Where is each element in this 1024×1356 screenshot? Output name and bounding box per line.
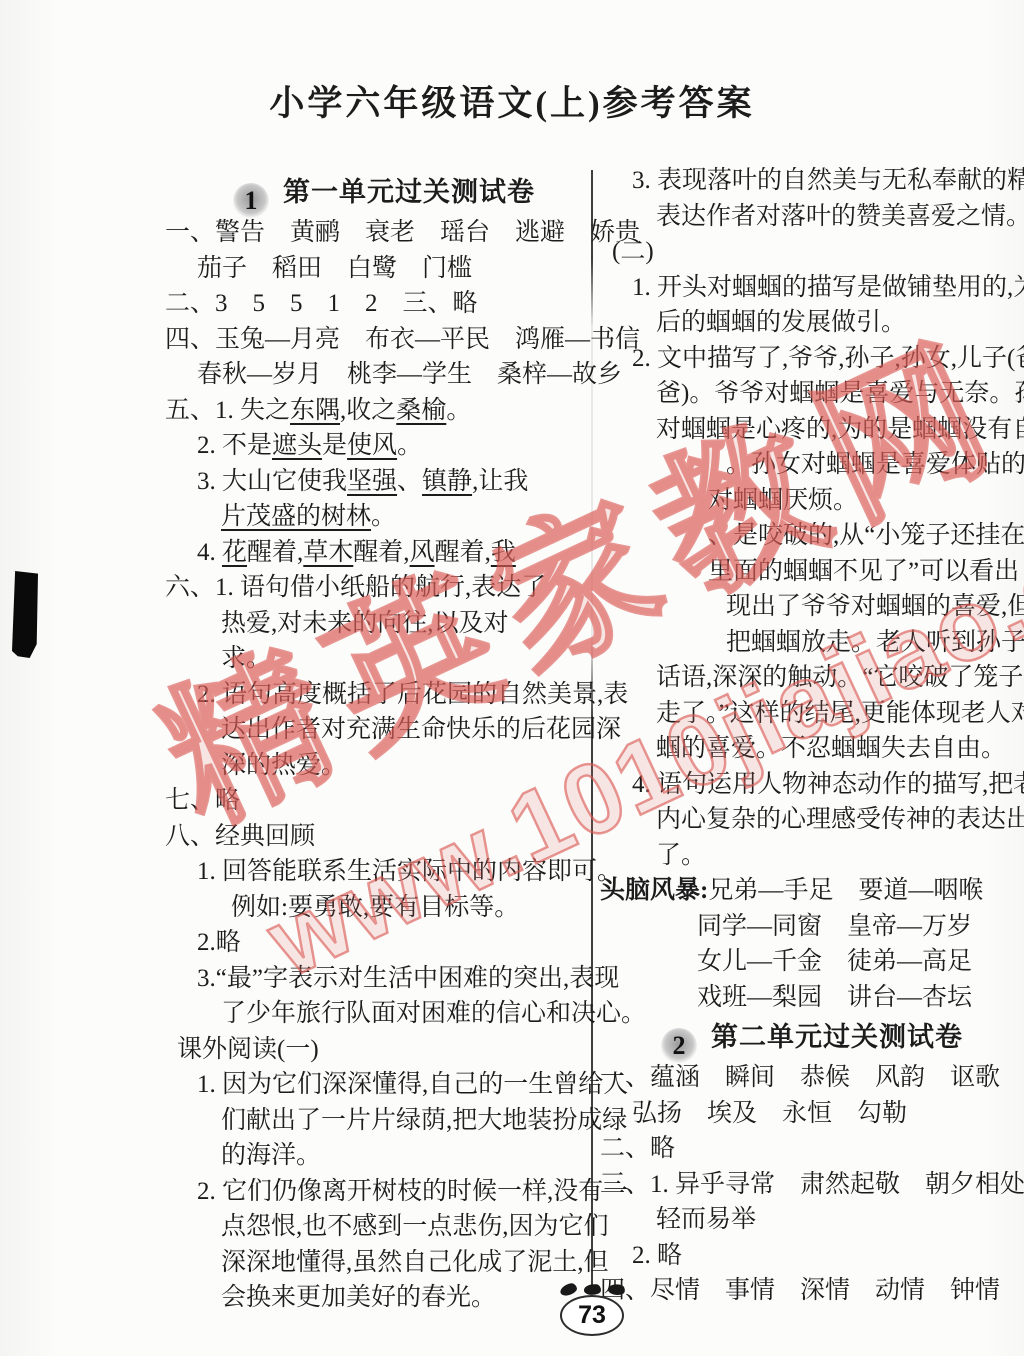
- text-segment: 戏班—梨园 讲台—杏坛: [697, 984, 972, 1011]
- answer-line: 七、略: [165, 783, 603, 819]
- underlined-phrase: 使风: [347, 432, 397, 459]
- page-title: 小学六年级语文(上)参考答案: [0, 76, 1024, 126]
- text-segment: 三、1. 异乎寻常 肃然起敬 朝夕相处: [600, 1171, 1024, 1198]
- answer-line: 深深地懂得,虽然自己化成了泥土,但: [165, 1245, 603, 1281]
- text-segment: 1. 因为它们深深懂得,自己的一生曾给人: [197, 1071, 628, 1098]
- text-segment: 一、警告 黄鹂 衰老 瑶台 逃避 娇贵: [165, 219, 640, 246]
- answer-line: 了。: [600, 838, 1024, 874]
- section-number-rosette: 2: [661, 1028, 697, 1064]
- text-segment: 了。: [656, 842, 706, 869]
- text-segment: 3. 表现落叶的自然美与无私奉献的精神,: [632, 167, 1024, 194]
- text-segment: 2. 它们仍像离开树枝的时候一样,没有一: [197, 1178, 628, 1205]
- text-segment: 现出了爷爷对蝈蝈的喜爱,但又: [726, 593, 1024, 620]
- page-number-oval: 73: [560, 1295, 624, 1336]
- underlined-phrase: 我: [491, 539, 516, 566]
- section-title: 第一单元过关测试卷: [283, 177, 535, 207]
- underlined-phrase: 桑榆: [396, 397, 446, 424]
- answer-line: 2. 文中描写了,爷爷,孙子,孙女,儿子(爸: [600, 341, 1024, 377]
- text-segment: 五、1. 失之: [165, 397, 290, 424]
- answer-line: 茄子 稻田 白鹭 门槛: [165, 251, 603, 287]
- text-segment: 爸)。爷爷对蝈蝈是喜爱与无奈。孙子: [656, 380, 1024, 407]
- answer-line: 把蝈蝈放走。老人听到孙子的: [600, 625, 1024, 661]
- text-segment: 八、经典回顾: [165, 823, 315, 850]
- text-segment: 达出作者对充满生命快乐的后花园深: [221, 716, 621, 743]
- answer-line: 1. 开头对蝈蝈的描写是做铺垫用的,为以: [600, 270, 1024, 306]
- answer-line: 四、玉兔—月亮 布衣—平民 鸿雁—书信: [165, 322, 603, 358]
- answer-line: 2.略: [165, 925, 603, 961]
- text-segment: 后的蝈蝈的发展做引。: [656, 309, 906, 336]
- answer-line: 爸)。爷爷对蝈蝈是喜爱与无奈。孙子: [600, 376, 1024, 412]
- answer-line: 八、经典回顾: [165, 819, 603, 855]
- answer-line: 四、尽情 事情 深情 动情 钟情: [600, 1273, 1024, 1309]
- text-segment: 四、尽情 事情 深情 动情 钟情: [600, 1277, 1000, 1304]
- text-segment: 对蝈蝈是心疼的,为的是蝈蝈没有自在: [656, 416, 1024, 443]
- text-segment: 一、蕴涵 瞬间 恭候 风韵 讴歌 餐厅: [600, 1064, 1024, 1091]
- text-segment: 深深地懂得,虽然自己化成了泥土,但: [221, 1249, 609, 1276]
- text-segment: 话语,深深的触动。“它咬破了笼子,逃: [656, 664, 1024, 691]
- answer-line: 女儿—千金 徒弟—高足: [600, 944, 1024, 980]
- answer-line: 对蝈蝈厌烦。: [600, 483, 1024, 519]
- underlined-phrase: 风: [410, 539, 435, 566]
- text-segment: 们献出了一片片绿荫,把大地装扮成绿: [221, 1107, 627, 1134]
- text-segment: 蝈的喜爱。不忍蝈蝈失去自由。: [656, 735, 1006, 762]
- page-number: 73: [578, 1301, 606, 1330]
- answer-line: 弘扬 埃及 永恒 勾勒: [600, 1096, 1024, 1132]
- answer-line: 内心复杂的心理感受传神的表达出来: [600, 802, 1024, 838]
- text-segment: 走了。”这样的结尾,更能体现老人对蝈: [656, 700, 1024, 727]
- answer-line: 一、蕴涵 瞬间 恭候 风韵 讴歌 餐厅: [600, 1060, 1024, 1096]
- underlined-phrase: 草木: [303, 539, 353, 566]
- answer-line: 对蝈蝈是心疼的,为的是蝈蝈没有自在: [600, 412, 1024, 448]
- bird-icon: [558, 1282, 577, 1297]
- text-segment: 例如:要勇敢,要有目标等。: [231, 894, 519, 921]
- answer-line: 求。: [165, 641, 603, 677]
- scan-ink-blot: [12, 571, 38, 658]
- text-segment: 。孙女对蝈蝈是喜爱体贴的: [726, 451, 1024, 478]
- answer-line: 头脑风暴:兄弟—手足 要道—咽喉: [600, 873, 1024, 909]
- text-segment: 醒着,: [247, 539, 303, 566]
- text-segment: 六、1. 语句借小纸船的航行,表达了: [165, 574, 546, 601]
- page-number-badge: 73: [550, 1284, 634, 1336]
- answer-line: 六、1. 语句借小纸船的航行,表达了: [165, 570, 603, 606]
- text-segment: 茄子 稻田 白鹭 门槛: [197, 255, 472, 282]
- text-segment: 求。: [221, 645, 271, 672]
- answer-line: 的海洋。: [165, 1138, 603, 1174]
- text-segment: 了少年旅行队面对困难的信心和决心。: [221, 1000, 646, 1027]
- text-segment: 同学—同窗 皇帝—万岁: [697, 913, 972, 940]
- text-segment: 热爱,对未来的向往,以及对: [221, 610, 509, 637]
- text-segment: 1. 开头对蝈蝈的描写是做铺垫用的,为以: [632, 274, 1024, 301]
- section-header: 2第二单元过关测试卷: [600, 1016, 1024, 1058]
- answer-line: 春秋—岁月 桃李—学生 桑梓—故乡: [165, 357, 603, 393]
- answer-line: 热爱,对未来的向往,以及对: [165, 606, 603, 642]
- text-segment: 轻而易举: [656, 1206, 756, 1233]
- text-segment: 。: [446, 397, 471, 424]
- answer-line: 话语,深深的触动。“它咬破了笼子,逃: [600, 660, 1024, 696]
- answer-line: 走了。”这样的结尾,更能体现老人对蝈: [600, 696, 1024, 732]
- text-segment: 2. 语句高度概括了后花园的自然美景,表: [197, 681, 628, 708]
- answer-line: 1. 因为它们深深懂得,自己的一生曾给人: [165, 1067, 603, 1103]
- section-title: 第二单元过关测试卷: [711, 1022, 963, 1052]
- answer-line: 2. 语句高度概括了后花园的自然美景,表: [165, 677, 603, 713]
- text-segment: 醒着,: [353, 539, 409, 566]
- answer-line: 三、1. 异乎寻常 肃然起敬 朝夕相处: [600, 1167, 1024, 1203]
- text-segment: 兄弟—手足 要道—咽喉: [708, 877, 983, 904]
- answer-line: 2. 它们仍像离开树枝的时候一样,没有一: [165, 1174, 603, 1210]
- section-number-rosette: 1: [233, 183, 269, 219]
- answer-line: 2. 略: [600, 1238, 1024, 1274]
- underlined-phrase: 坚强: [347, 468, 397, 495]
- text-segment: 深的热爱。: [221, 752, 346, 779]
- text-segment: 2. 不是: [197, 432, 272, 459]
- underlined-phrase: 东隅: [290, 397, 340, 424]
- text-segment: ,收之: [340, 397, 396, 424]
- text-segment: 二、略: [600, 1135, 675, 1162]
- answer-line: 五、1. 失之东隅,收之桑榆。: [165, 393, 603, 429]
- text-segment: 2. 文中描写了,爷爷,孙子,孙女,儿子(爸: [632, 345, 1024, 372]
- text-segment: 。: [371, 503, 396, 530]
- text-segment: 、是咬破的,从“小笼子还挂在那: [708, 522, 1024, 549]
- answer-line: 3.“最”字表示对生活中困难的突出,表现: [165, 961, 603, 997]
- text-segment: 对蝈蝈厌烦。: [708, 487, 858, 514]
- text-segment: (二): [612, 238, 654, 265]
- answer-line: 后的蝈蝈的发展做引。: [600, 305, 1024, 341]
- answer-line: 达出作者对充满生命快乐的后花园深: [165, 712, 603, 748]
- underlined-phrase: 镇静: [422, 468, 472, 495]
- text-segment: 2. 略: [632, 1242, 682, 1269]
- answer-line: 1. 回答能联系生活实际中的内容即可。: [165, 854, 603, 890]
- bird-icon: [607, 1282, 626, 1296]
- text-segment: 醒着,: [435, 539, 491, 566]
- answer-line: 2. 不是遮头是使风。: [165, 428, 603, 464]
- answer-line: 表达作者对落叶的赞美喜爱之情。: [600, 199, 1024, 235]
- underlined-phrase: 花: [222, 539, 247, 566]
- answer-line: 一、警告 黄鹂 衰老 瑶台 逃避 娇贵: [165, 215, 603, 251]
- text-segment: 4.: [197, 539, 222, 566]
- answer-line: 了少年旅行队面对困难的信心和决心。: [165, 996, 603, 1032]
- answer-line: 。孙女对蝈蝈是喜爱体贴的: [600, 447, 1024, 483]
- answer-line: 4. 语句运用人物神态动作的描写,把老人: [600, 767, 1024, 803]
- text-segment: 内心复杂的心理感受传神的表达出来: [656, 806, 1024, 833]
- answer-line: 二、略: [600, 1131, 1024, 1167]
- underlined-phrase: 片茂盛的树林: [221, 503, 371, 530]
- answer-line: 例如:要勇敢,要有目标等。: [165, 890, 603, 926]
- left-answer-column: 1第一单元过关测试卷一、警告 黄鹂 衰老 瑶台 逃避 娇贵茄子 稻田 白鹭 门槛…: [165, 170, 603, 1316]
- answer-line: 3. 大山它使我坚强、镇静,让我: [165, 464, 603, 500]
- section-header: 1第一单元过关测试卷: [165, 171, 603, 213]
- text-segment: 春秋—岁月 桃李—学生 桑梓—故乡: [197, 361, 622, 388]
- text-segment: 女儿—千金 徒弟—高足: [697, 948, 972, 975]
- answer-line: 里面的蝈蝈不见了”可以看出: [600, 554, 1024, 590]
- answer-line: 、是咬破的,从“小笼子还挂在那: [600, 518, 1024, 554]
- answer-line: 戏班—梨园 讲台—杏坛: [600, 980, 1024, 1016]
- text-segment: 的海洋。: [221, 1142, 321, 1169]
- answer-line: 3. 表现落叶的自然美与无私奉献的精神,: [600, 163, 1024, 199]
- text-segment: 表达作者对落叶的赞美喜爱之情。: [656, 203, 1024, 230]
- answer-line: 深的热爱。: [165, 748, 603, 784]
- text-segment: 点怨恨,也不感到一点悲伤,因为它们: [221, 1213, 609, 1240]
- underlined-phrase: 遮头: [272, 432, 322, 459]
- answer-line: 会换来更加美好的春光。: [165, 1280, 603, 1316]
- text-segment: 把蝈蝈放走。老人听到孙子的: [726, 629, 1024, 656]
- answer-line: 轻而易举: [600, 1202, 1024, 1238]
- text-segment: 、: [397, 468, 422, 495]
- text-segment: 四、玉兔—月亮 布衣—平民 鸿雁—书信: [165, 326, 640, 353]
- text-segment: 3. 大山它使我: [197, 468, 347, 495]
- right-answer-column: 3. 表现落叶的自然美与无私奉献的精神,表达作者对落叶的赞美喜爱之情。(二)1.…: [600, 163, 1024, 1309]
- answer-line: 片茂盛的树林。: [165, 499, 603, 535]
- text-segment: 七、略: [165, 787, 240, 814]
- text-segment: 2.略: [197, 929, 241, 956]
- text-segment: 弘扬 埃及 永恒 勾勒: [632, 1100, 907, 1127]
- text-segment: 会换来更加美好的春光。: [221, 1284, 496, 1311]
- answer-line: 4. 花醒着,草木醒着,风醒着,我: [165, 535, 603, 571]
- text-segment: 1. 回答能联系生活实际中的内容即可。: [197, 858, 622, 885]
- answer-line: 同学—同窗 皇帝—万岁: [600, 909, 1024, 945]
- answer-line: (二): [600, 234, 1024, 270]
- bird-icon: [583, 1283, 601, 1295]
- text-segment: ,让我: [472, 468, 528, 495]
- answer-line: 点怨恨,也不感到一点悲伤,因为它们: [165, 1209, 603, 1245]
- text-segment: 二、3 5 5 1 2 三、略: [165, 290, 478, 317]
- answer-line: 蝈的喜爱。不忍蝈蝈失去自由。: [600, 731, 1024, 767]
- text-segment: 里面的蝈蝈不见了”可以看出: [708, 558, 1019, 585]
- answer-line: 现出了爷爷对蝈蝈的喜爱,但又: [600, 589, 1024, 625]
- answer-line: 们献出了一片片绿荫,把大地装扮成绿: [165, 1103, 603, 1139]
- text-segment: 。: [397, 432, 422, 459]
- text-segment: 是: [322, 432, 347, 459]
- text-segment: 课外阅读(一): [177, 1036, 319, 1063]
- text-segment: 3.“最”字表示对生活中困难的突出,表现: [197, 965, 619, 992]
- answer-line: 二、3 5 5 1 2 三、略: [165, 286, 603, 322]
- answer-line: 课外阅读(一): [165, 1032, 603, 1068]
- text-segment: 4. 语句运用人物神态动作的描写,把老人: [632, 771, 1024, 798]
- bold-label: 头脑风暴:: [600, 877, 708, 904]
